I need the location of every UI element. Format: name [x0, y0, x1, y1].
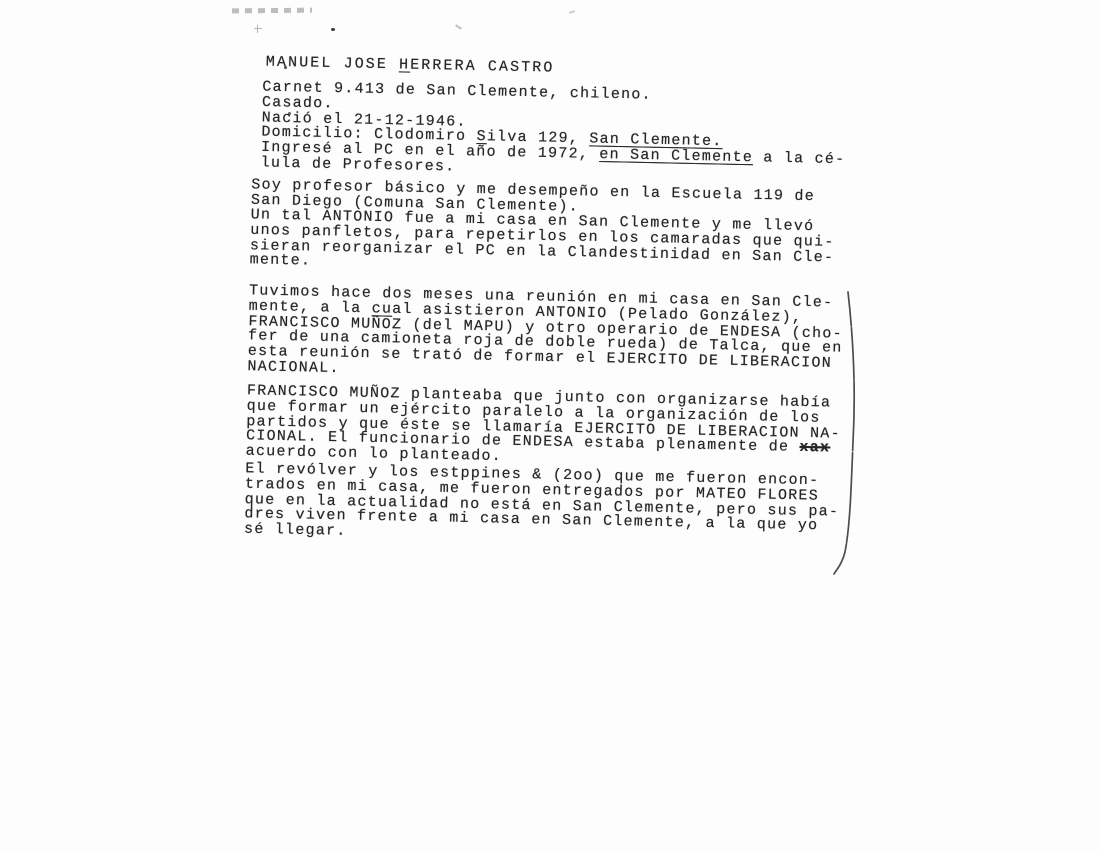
- text-run: lula de Profesores.: [261, 154, 456, 175]
- paragraph: Carnet 9.413 de San Clemente, chileno.Ca…: [261, 80, 906, 183]
- scan-speck-cross: [254, 25, 262, 33]
- underlined-text: S: [476, 128, 487, 145]
- text-run: mente.: [250, 251, 312, 269]
- text-line: MANUEL JOSE HERRERA CASTRO: [266, 55, 906, 83]
- scan-speck: [569, 10, 575, 14]
- paragraph: MANUEL JOSE HERRERA CASTRO: [266, 55, 906, 83]
- text-run: ERRERA CASTRO: [410, 57, 555, 77]
- strikethrough-text: xax: [799, 439, 830, 457]
- underlined-text: H: [399, 56, 410, 73]
- paragraph: El revólver y los estppines & (2oo) que …: [244, 462, 897, 551]
- paragraph: FRANCISCO MUÑOZ planteaba que junto con …: [246, 384, 899, 473]
- text-run: NACIONAL.: [247, 358, 340, 377]
- scan-speck: [455, 24, 462, 29]
- paragraph: Un tal ANTONIO fue a mi casa en San Clem…: [250, 208, 903, 282]
- scanned-document-page: MANUEL JOSE HERRERA CASTROCarnet 9.413 d…: [0, 0, 1100, 850]
- text-run: ilva 129,: [487, 128, 590, 147]
- text-run: MANUEL JOSE: [266, 54, 400, 74]
- paragraph: Tuvimos hace dos meses una reunión en mi…: [247, 284, 901, 388]
- scan-dot: [331, 28, 335, 31]
- scan-smudge: [232, 8, 312, 14]
- underlined-text: San Clemente.: [589, 130, 723, 150]
- document-text: MANUEL JOSE HERRERA CASTROCarnet 9.413 d…: [256, 55, 906, 550]
